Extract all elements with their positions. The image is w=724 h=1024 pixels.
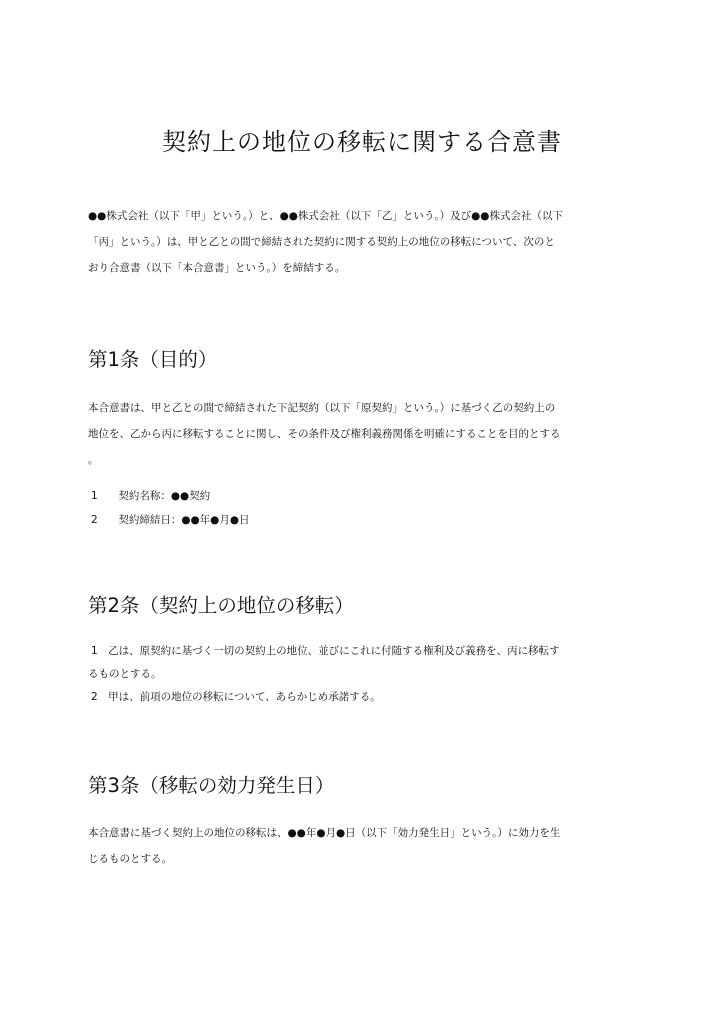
article-3-heading: 第3条（移転の効力発生日） (88, 771, 334, 801)
article-1-line: 本合意書は、甲と乙との間で締結された下記契約（以下「原契約」という。）に基づく乙… (88, 395, 648, 421)
article-1-items: 1 契約名称：●●契約 2 契約締結日：●●年●月●日 (88, 484, 648, 532)
preamble-line: 「丙」という。）は、甲と乙との間で締結された契約に関する契約上の地位の移転につい… (88, 229, 648, 255)
preamble: ●●株式会社（以下「甲」という。）と、●●株式会社（以下「乙」という。）及び●●… (88, 203, 648, 281)
document-title: 契約上の地位の移転に関する合意書 (0, 124, 724, 160)
item-text: 契約名称：●●契約 (118, 490, 210, 502)
article-1-line: 地位を、乙から丙に移転することに関し、その条件及び権利義務関係を明確にすることを… (88, 421, 648, 447)
document-page: 契約上の地位の移転に関する合意書 ●●株式会社（以下「甲」という。）と、●●株式… (0, 0, 724, 1024)
article-3-body: 本合意書に基づく契約上の地位の移転は、●●年●月●日（以下「効力発生日」という。… (88, 820, 648, 872)
article-1-item: 2 契約締結日：●●年●月●日 (88, 508, 648, 532)
preamble-line: おり合意書（以下「本合意書」という。）を締結する。 (88, 255, 648, 281)
item-text: 契約締結日：●●年●月●日 (118, 514, 249, 526)
article-1-heading: 第1条（目的） (88, 345, 217, 375)
article-2-line: るものとする。 (88, 664, 648, 684)
article-3-line: じるものとする。 (88, 846, 648, 872)
article-2-body: 1 乙は、原契約に基づく一切の契約上の地位、並びにこれに付随する権利及び義務を、… (88, 638, 648, 710)
article-2-line: 1 乙は、原契約に基づく一切の契約上の地位、並びにこれに付随する権利及び義務を、… (88, 638, 648, 664)
preamble-line: ●●株式会社（以下「甲」という。）と、●●株式会社（以下「乙」という。）及び●●… (88, 203, 648, 229)
article-1-item: 1 契約名称：●●契約 (88, 484, 648, 508)
article-2-line: 2 甲は、前項の地位の移転について、あらかじめ承諾する。 (88, 684, 648, 710)
article-1-line: 。 (88, 447, 648, 473)
article-2-heading: 第2条（契約上の地位の移転） (88, 591, 354, 621)
item-number: 2 (88, 508, 115, 532)
article-1-body: 本合意書は、甲と乙との間で締結された下記契約（以下「原契約」という。）に基づく乙… (88, 395, 648, 473)
article-3-line: 本合意書に基づく契約上の地位の移転は、●●年●月●日（以下「効力発生日」という。… (88, 820, 648, 846)
item-number: 1 (88, 484, 115, 508)
